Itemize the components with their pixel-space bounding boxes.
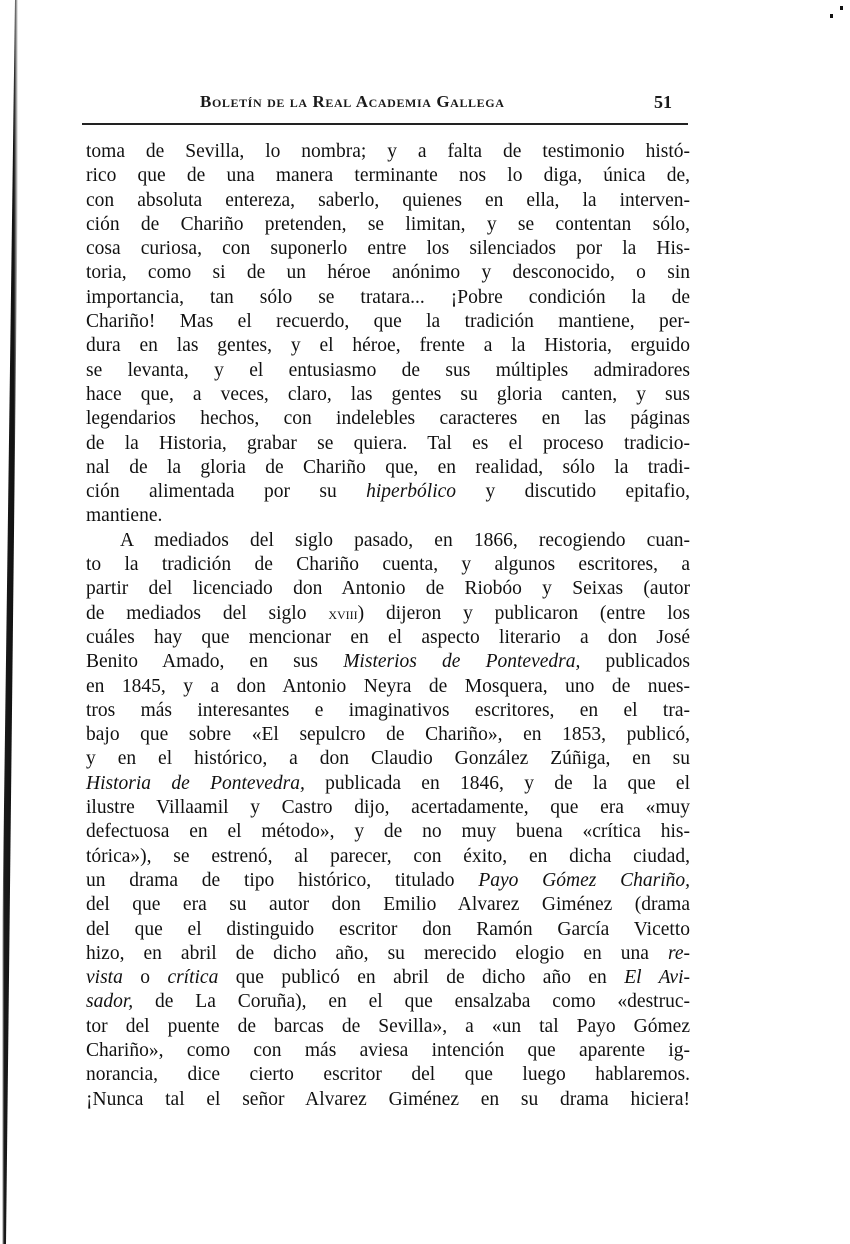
italic-run: Misterios de Pontevedra,	[343, 651, 580, 672]
text-line: norancia, dice cierto escritor del que l…	[86, 1063, 690, 1087]
text-line: legendarios hechos, con indelebles carac…	[86, 407, 690, 431]
body-text: toma de Sevilla, lo nombra; y a falta de…	[86, 140, 690, 1112]
text-line: sador, de La Coruña), en el que ensalzab…	[86, 990, 690, 1014]
text-line: del que el distinguido escritor don Ramó…	[86, 918, 690, 942]
text-line: bajo que sobre «El sepulcro de Chariño»,…	[86, 723, 690, 747]
page-number: 51	[654, 92, 672, 113]
italic-run: sador,	[86, 991, 133, 1012]
text-run: de La Coruña), en el que ensalzaba como …	[133, 991, 690, 1012]
text-line: rico que de una manera terminante nos lo…	[86, 164, 690, 188]
text-line: mantiene.	[86, 504, 690, 528]
text-line: del que era su autor don Emilio Alvarez …	[86, 893, 690, 917]
text-run: o	[123, 967, 168, 988]
text-line: tórica»), se estrenó, al parecer, con éx…	[86, 845, 690, 869]
text-line: en 1845, y a don Antonio Neyra de Mosque…	[86, 675, 690, 699]
text-run: ción alimentada por su	[86, 481, 366, 502]
text-line: un drama de tipo histórico, titulado Pay…	[86, 869, 690, 893]
text-run: un drama de tipo histórico, titulado	[86, 870, 478, 891]
scan-speck	[840, 6, 843, 10]
text-line: tor del puente de barcas de Sevilla», a …	[86, 1015, 690, 1039]
text-line: Benito Amado, en sus Misterios de Pontev…	[86, 650, 690, 674]
italic-run: hiperbólico	[366, 481, 456, 502]
text-line: ¡Nunca tal el señor Alvarez Giménez en s…	[86, 1088, 690, 1112]
text-line: nal de la gloria de Chariño que, en real…	[86, 456, 690, 480]
text-run: publicados	[580, 651, 690, 672]
text-line: ilustre Villaamil y Castro dijo, acertad…	[86, 796, 690, 820]
text-line: Chariño», como con más aviesa intención …	[86, 1039, 690, 1063]
smallcaps-run: xviii	[328, 604, 357, 623]
text-line: Chariño! Mas el recuerdo, que la tradici…	[86, 310, 690, 334]
italic-run: re-	[668, 943, 690, 964]
running-head: Boletín de la Real Academia Gallega 51	[82, 90, 686, 116]
text-line: y en el histórico, a don Claudio Gonzále…	[86, 747, 690, 771]
italic-run: Payo Gómez Chariño,	[478, 870, 690, 891]
text-line: toma de Sevilla, lo nombra; y a falta de…	[86, 140, 690, 164]
scan-border-left	[0, 0, 18, 1244]
text-line: dura en las gentes, y el héroe, frente a…	[86, 334, 690, 358]
text-line: A mediados del siglo pasado, en 1866, re…	[86, 529, 690, 553]
text-run: publicada en 1846, y de la que el	[305, 773, 690, 794]
text-run: de mediados del siglo	[86, 603, 328, 624]
text-line: Historia de Pontevedra, publicada en 184…	[86, 772, 690, 796]
text-line: toria, como si de un héroe anónimo y des…	[86, 261, 690, 285]
text-line: hace que, a veces, claro, las gentes su …	[86, 383, 690, 407]
paragraph-1: toma de Sevilla, lo nombra; y a falta de…	[86, 140, 690, 529]
text-line: defectuosa en el método», y de no muy bu…	[86, 820, 690, 844]
text-line: tros más interesantes e imaginativos esc…	[86, 699, 690, 723]
text-line: importancia, tan sólo se tratara... ¡Pob…	[86, 286, 690, 310]
text-line: ción alimentada por su hiperbólico y dis…	[86, 480, 690, 504]
text-line: hizo, en abril de dicho año, su merecido…	[86, 942, 690, 966]
text-line: vista o crítica que publicó en abril de …	[86, 966, 690, 990]
header-rule	[82, 123, 688, 125]
text-line: ción de Chariño pretenden, se limitan, y…	[86, 213, 690, 237]
text-run: y discutido epitafio,	[456, 481, 690, 502]
italic-run: Historia de Pontevedra,	[86, 773, 305, 794]
italic-run: vista	[86, 967, 123, 988]
text-run: hizo, en abril de dicho año, su merecido…	[86, 943, 668, 964]
text-line: cosa curiosa, con suponerlo entre los si…	[86, 237, 690, 261]
scan-speck	[830, 14, 833, 18]
text-run: que publicó en abril de dicho año en	[218, 967, 624, 988]
text-line: se levanta, y el entusiasmo de sus múlti…	[86, 359, 690, 383]
text-line: cuáles hay que mencionar en el aspecto l…	[86, 626, 690, 650]
running-title: Boletín de la Real Academia Gallega	[200, 92, 504, 112]
text-line: de la Historia, grabar se quiera. Tal es…	[86, 432, 690, 456]
text-line: de mediados del siglo xviii) dijeron y p…	[86, 602, 690, 626]
text-run: Benito Amado, en sus	[86, 651, 343, 672]
paragraph-2: A mediados del siglo pasado, en 1866, re…	[86, 529, 690, 1112]
text-line: con absoluta entereza, saberlo, quienes …	[86, 189, 690, 213]
italic-run: El Avi-	[624, 967, 690, 988]
italic-run: crítica	[167, 967, 218, 988]
text-run: ) dijeron y publicaron (entre los	[358, 603, 690, 624]
text-line: to la tradición de Chariño cuenta, y alg…	[86, 553, 690, 577]
text-line: partir del licenciado don Antonio de Rio…	[86, 577, 690, 601]
